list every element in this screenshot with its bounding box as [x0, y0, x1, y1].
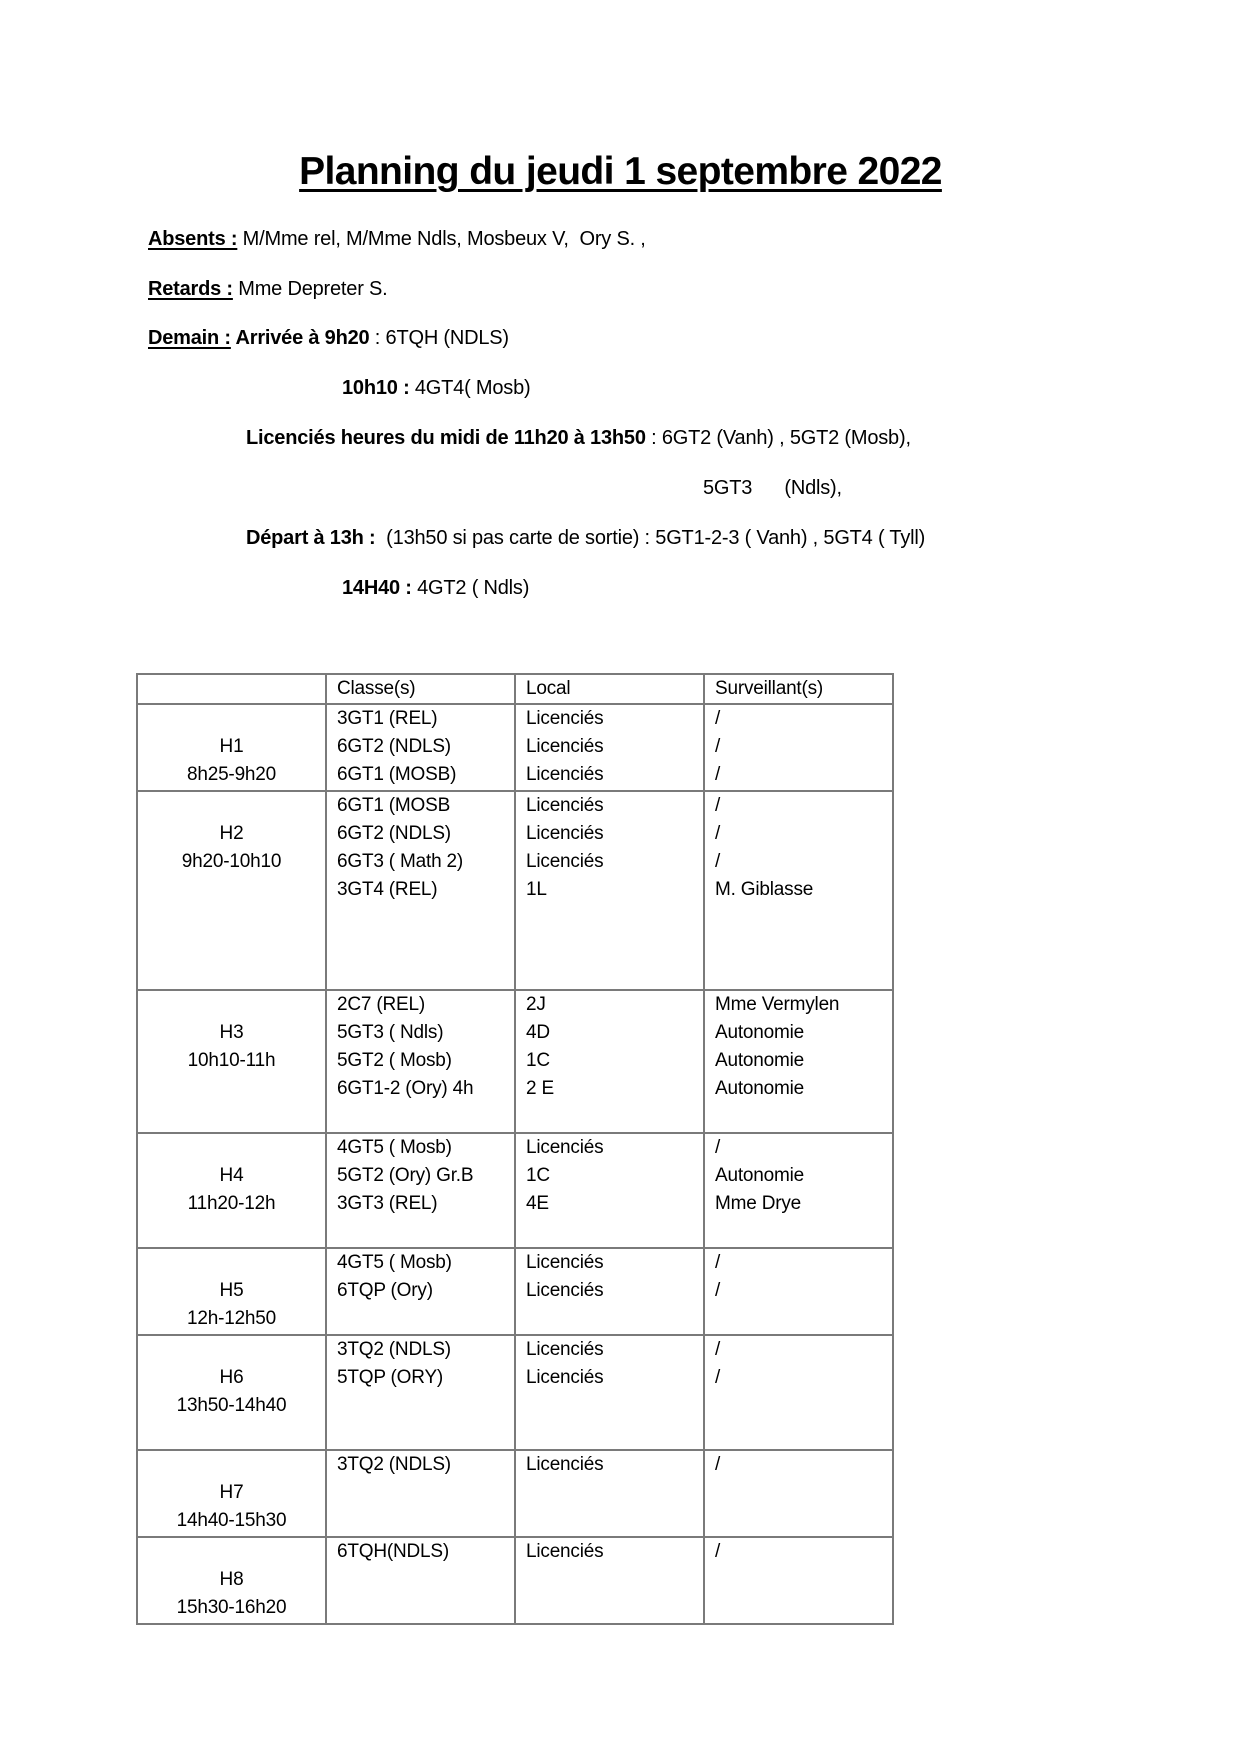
slot-label: H7	[148, 1479, 315, 1507]
depart-line: Départ à 13h : (13h50 si pas carte de so…	[246, 527, 925, 550]
slot-time: 11h20-12h	[148, 1190, 315, 1218]
class-entry: 6GT2 (NDLS)	[337, 733, 504, 761]
class-entry: 3GT4 (REL)	[337, 876, 504, 904]
surveillant-cell: //	[704, 1335, 893, 1450]
header-surveillants: Surveillant(s)	[704, 674, 893, 704]
t1010-label: 10h10 :	[342, 377, 410, 399]
retards-text: Mme Depreter S.	[233, 278, 388, 300]
surveillant-entry: Autonomie	[715, 1075, 882, 1103]
local-cell: Licenciés1C4E	[515, 1133, 704, 1248]
local-entry: Licenciés	[526, 1336, 693, 1364]
class-entry: 6GT3 ( Math 2)	[337, 848, 504, 876]
local-cell: 2J4D1C2 E	[515, 990, 704, 1133]
spacer	[148, 1249, 315, 1277]
table-row: H714h40-15h303TQ2 (NDLS)Licenciés/	[137, 1450, 893, 1537]
licencies-continuation: 5GT3 (Ndls),	[703, 477, 842, 500]
classes-cell: 4GT5 ( Mosb)6TQP (Ory)	[326, 1248, 515, 1335]
slot-time: 13h50-14h40	[148, 1392, 315, 1420]
table-header-row: Classe(s) Local Surveillant(s)	[137, 674, 893, 704]
class-entry: 5GT2 ( Mosb)	[337, 1047, 504, 1075]
class-entry: 3TQ2 (NDLS)	[337, 1336, 504, 1364]
local-entry: 1C	[526, 1047, 693, 1075]
retards-line: Retards : Mme Depreter S.	[148, 278, 388, 301]
slot-cell: H310h10-11h	[137, 990, 326, 1133]
slot-time: 14h40-15h30	[148, 1507, 315, 1535]
surveillant-cell: /	[704, 1537, 893, 1624]
classes-cell: 4GT5 ( Mosb)5GT2 (Ory) Gr.B3GT3 (REL)	[326, 1133, 515, 1248]
class-entry: 6GT1 (MOSB)	[337, 761, 504, 789]
slot-time: 12h-12h50	[148, 1305, 315, 1333]
local-entry: Licenciés	[526, 1451, 693, 1479]
spacer	[148, 991, 315, 1019]
depart-label: Départ à 13h :	[246, 527, 375, 549]
local-entry: Licenciés	[526, 792, 693, 820]
table-row: H815h30-16h206TQH(NDLS)Licenciés/	[137, 1537, 893, 1624]
class-entry: 6GT1-2 (Ory) 4h	[337, 1075, 504, 1103]
class-entry: 3GT1 (REL)	[337, 705, 504, 733]
header-slot	[137, 674, 326, 704]
local-entry: Licenciés	[526, 1364, 693, 1392]
demain-label: Demain :	[148, 327, 231, 349]
absents-text: M/Mme rel, M/Mme Ndls, Mosbeux V, Ory S.…	[237, 228, 645, 250]
surveillant-entry: M. Giblasse	[715, 876, 882, 904]
local-entry: Licenciés	[526, 761, 693, 789]
surveillant-entry: /	[715, 1336, 882, 1364]
table-row: H411h20-12h4GT5 ( Mosb)5GT2 (Ory) Gr.B3G…	[137, 1133, 893, 1248]
spacer	[148, 1451, 315, 1479]
class-entry: 3GT3 (REL)	[337, 1190, 504, 1218]
slot-cell: H512h-12h50	[137, 1248, 326, 1335]
local-entry: Licenciés	[526, 1538, 693, 1566]
surveillant-cell: ///M. Giblasse	[704, 791, 893, 990]
surveillant-entry: /	[715, 792, 882, 820]
spacer	[148, 705, 315, 733]
class-entry: 6TQP (Ory)	[337, 1277, 504, 1305]
surveillant-entry: Mme Vermylen	[715, 991, 882, 1019]
surveillant-entry: Autonomie	[715, 1019, 882, 1047]
table-row: H613h50-14h403TQ2 (NDLS)5TQP (ORY)Licenc…	[137, 1335, 893, 1450]
local-entry: Licenciés	[526, 848, 693, 876]
slot-time: 15h30-16h20	[148, 1594, 315, 1622]
slot-time: 8h25-9h20	[148, 761, 315, 789]
class-entry: 5GT3 ( Ndls)	[337, 1019, 504, 1047]
local-cell: Licenciés	[515, 1450, 704, 1537]
licencies-line: Licenciés heures du midi de 11h20 à 13h5…	[246, 427, 911, 450]
slot-time: 10h10-11h	[148, 1047, 315, 1075]
classes-cell: 6TQH(NDLS)	[326, 1537, 515, 1624]
surveillant-entry: /	[715, 1451, 882, 1479]
spacer	[148, 1336, 315, 1364]
retards-label: Retards :	[148, 278, 233, 300]
classes-cell: 3GT1 (REL)6GT2 (NDLS)6GT1 (MOSB)	[326, 704, 515, 791]
surveillant-entry: /	[715, 1249, 882, 1277]
class-entry: 4GT5 ( Mosb)	[337, 1249, 504, 1277]
spacer	[148, 1538, 315, 1566]
surveillant-cell: /	[704, 1450, 893, 1537]
surveillant-entry: /	[715, 705, 882, 733]
surveillant-cell: /AutonomieMme Drye	[704, 1133, 893, 1248]
absents-label: Absents :	[148, 228, 237, 250]
classes-cell: 2C7 (REL)5GT3 ( Ndls)5GT2 ( Mosb)6GT1-2 …	[326, 990, 515, 1133]
demain-1440-line: 14H40 : 4GT2 ( Ndls)	[342, 577, 529, 600]
local-entry: 1L	[526, 876, 693, 904]
demain-line: Demain : Arrivée à 9h20 : 6TQH (NDLS)	[148, 327, 509, 350]
class-entry: 4GT5 ( Mosb)	[337, 1134, 504, 1162]
slot-cell: H815h30-16h20	[137, 1537, 326, 1624]
licencies-text: : 6GT2 (Vanh) , 5GT2 (Mosb),	[646, 427, 911, 449]
slot-label: H2	[148, 820, 315, 848]
surveillant-entry: /	[715, 1277, 882, 1305]
local-cell: LicenciésLicenciés	[515, 1335, 704, 1450]
arrivee-text: : 6TQH (NDLS)	[369, 327, 508, 349]
class-entry: 5GT2 (Ory) Gr.B	[337, 1162, 504, 1190]
local-entry: Licenciés	[526, 1249, 693, 1277]
classes-cell: 3TQ2 (NDLS)5TQP (ORY)	[326, 1335, 515, 1450]
surveillant-entry: /	[715, 848, 882, 876]
spacer	[148, 792, 315, 820]
page-title: Planning du jeudi 1 septembre 2022	[0, 150, 1241, 194]
local-entry: Licenciés	[526, 733, 693, 761]
table-row: H18h25-9h203GT1 (REL)6GT2 (NDLS)6GT1 (MO…	[137, 704, 893, 791]
surveillant-cell: Mme VermylenAutonomieAutonomieAutonomie	[704, 990, 893, 1133]
surveillant-entry: /	[715, 733, 882, 761]
local-entry: 4D	[526, 1019, 693, 1047]
slot-label: H1	[148, 733, 315, 761]
local-entry: Licenciés	[526, 820, 693, 848]
local-entry: Licenciés	[526, 705, 693, 733]
class-entry: 2C7 (REL)	[337, 991, 504, 1019]
header-local: Local	[515, 674, 704, 704]
table-row: H512h-12h504GT5 ( Mosb)6TQP (Ory)Licenci…	[137, 1248, 893, 1335]
local-cell: LicenciésLicenciésLicenciés1L	[515, 791, 704, 990]
classes-cell: 3TQ2 (NDLS)	[326, 1450, 515, 1537]
spacer	[148, 1134, 315, 1162]
local-entry: 4E	[526, 1190, 693, 1218]
class-entry: 6GT2 (NDLS)	[337, 820, 504, 848]
slot-time: 9h20-10h10	[148, 848, 315, 876]
local-cell: LicenciésLicenciésLicenciés	[515, 704, 704, 791]
surveillant-entry: /	[715, 1364, 882, 1392]
slot-cell: H29h20-10h10	[137, 791, 326, 990]
surveillant-cell: ///	[704, 704, 893, 791]
slot-label: H3	[148, 1019, 315, 1047]
local-entry: 2 E	[526, 1075, 693, 1103]
local-entry: Licenciés	[526, 1134, 693, 1162]
class-entry: 5TQP (ORY)	[337, 1364, 504, 1392]
surveillant-cell: //	[704, 1248, 893, 1335]
depart-text: (13h50 si pas carte de sortie) : 5GT1-2-…	[375, 527, 925, 549]
title-text: Planning du jeudi 1 septembre 2022	[299, 150, 942, 193]
arrivee-label: Arrivée à 9h20	[231, 327, 370, 349]
local-entry: Licenciés	[526, 1277, 693, 1305]
slot-label: H8	[148, 1566, 315, 1594]
licencies-label: Licenciés heures du midi de 11h20 à 13h5…	[246, 427, 646, 449]
local-cell: Licenciés	[515, 1537, 704, 1624]
header-classes: Classe(s)	[326, 674, 515, 704]
absents-line: Absents : M/Mme rel, M/Mme Ndls, Mosbeux…	[148, 228, 646, 251]
local-entry: 2J	[526, 991, 693, 1019]
planning-table: Classe(s) Local Surveillant(s) H18h25-9h…	[136, 673, 894, 1625]
t1440-label: 14H40 :	[342, 577, 412, 599]
slot-label: H6	[148, 1364, 315, 1392]
surveillant-entry: /	[715, 1134, 882, 1162]
class-entry: 3TQ2 (NDLS)	[337, 1451, 504, 1479]
surveillant-entry: Mme Drye	[715, 1190, 882, 1218]
t1440-text: 4GT2 ( Ndls)	[412, 577, 529, 599]
slot-label: H5	[148, 1277, 315, 1305]
table-row: H29h20-10h106GT1 (MOSB6GT2 (NDLS)6GT3 ( …	[137, 791, 893, 990]
surveillant-entry: /	[715, 761, 882, 789]
slot-cell: H411h20-12h	[137, 1133, 326, 1248]
slot-label: H4	[148, 1162, 315, 1190]
demain-1010-line: 10h10 : 4GT4( Mosb)	[342, 377, 531, 400]
slot-cell: H714h40-15h30	[137, 1450, 326, 1537]
t1010-text: 4GT4( Mosb)	[410, 377, 531, 399]
surveillant-entry: /	[715, 820, 882, 848]
class-entry: 6GT1 (MOSB	[337, 792, 504, 820]
slot-cell: H18h25-9h20	[137, 704, 326, 791]
local-cell: LicenciésLicenciés	[515, 1248, 704, 1335]
local-entry: 1C	[526, 1162, 693, 1190]
classes-cell: 6GT1 (MOSB6GT2 (NDLS)6GT3 ( Math 2)3GT4 …	[326, 791, 515, 990]
surveillant-entry: Autonomie	[715, 1047, 882, 1075]
class-entry: 6TQH(NDLS)	[337, 1538, 504, 1566]
surveillant-entry: Autonomie	[715, 1162, 882, 1190]
surveillant-entry: /	[715, 1538, 882, 1566]
table-row: H310h10-11h2C7 (REL)5GT3 ( Ndls)5GT2 ( M…	[137, 990, 893, 1133]
slot-cell: H613h50-14h40	[137, 1335, 326, 1450]
